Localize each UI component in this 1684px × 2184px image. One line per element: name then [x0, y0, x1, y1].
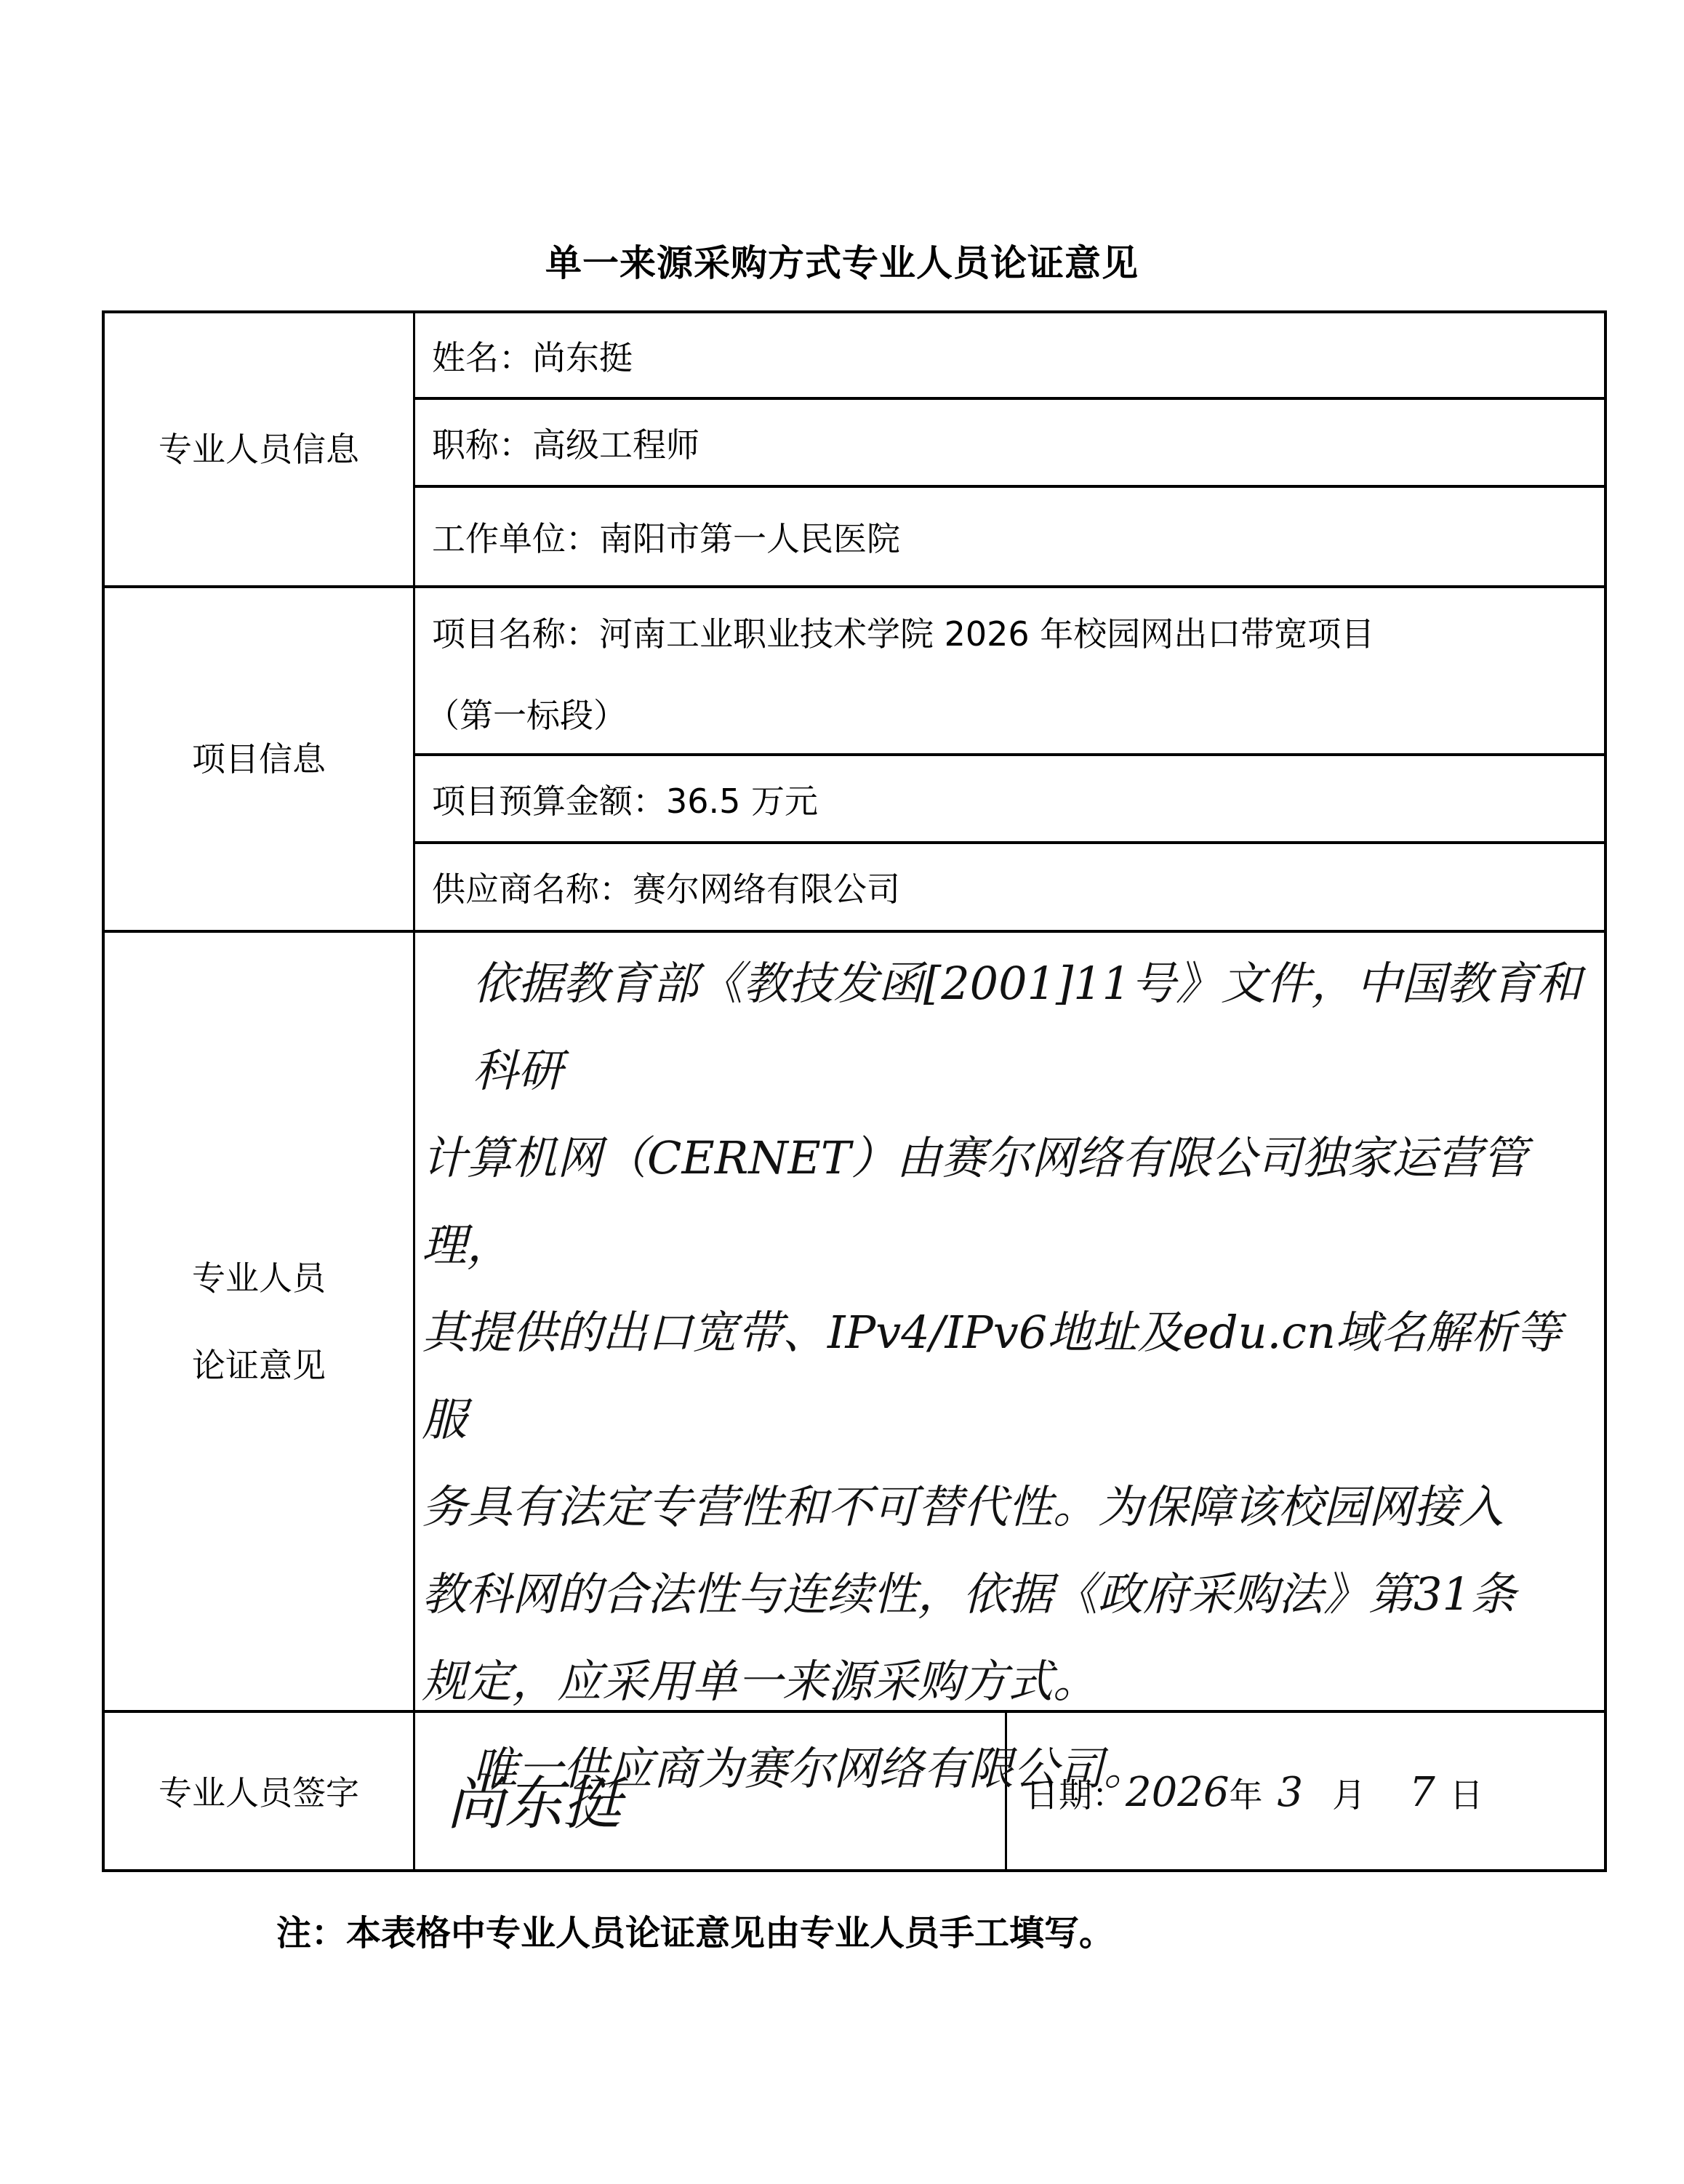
opinion-label: 专业人员 论证意见 [105, 933, 413, 1710]
project-supplier: 供应商名称：赛尔网络有限公司 [432, 844, 900, 930]
project-info-label: 项目信息 [105, 588, 413, 930]
handwritten-line: 其提供的出口宽带、IPv4/IPv6地址及edu.cn域名解析等服 [422, 1289, 1600, 1464]
date-label: 日期： [1025, 1769, 1126, 1817]
date-year-unit: 年 [1230, 1769, 1263, 1817]
expert-title: 职称：高级工程师 [432, 400, 699, 485]
handwritten-line: 计算机网（CERNET）由赛尔网络有限公司独家运营管理， [422, 1115, 1600, 1289]
expert-name: 姓名：尚东挺 [432, 313, 633, 397]
handwritten-opinion: 依据教育部《教技发函[2001]11号》文件，中国教育和科研 计算机网（CERN… [422, 940, 1600, 1812]
footnote: 注：本表格中专业人员论证意见由专业人员手工填写。 [276, 1905, 1114, 1955]
date-day-unit: 日 [1450, 1769, 1483, 1817]
date-field: 日期： 2026 年 3 月 7 日 [1025, 1713, 1483, 1872]
handwritten-line: 务具有法定专营性和不可替代性。为保障该校园网接入 [422, 1464, 1600, 1551]
date-month-unit: 月 [1332, 1769, 1366, 1817]
project-name-line2: （第一标段） [426, 684, 627, 742]
opinion-label-line2: 论证意见 [192, 1322, 326, 1409]
handwritten-line: 教科网的合法性与连续性，依据《政府采购法》第31条 [422, 1551, 1600, 1638]
project-name-line1: 项目名称：河南工业职业技术学院 2026 年校园网出口带宽项目 [432, 603, 1374, 661]
expert-info-label: 专业人员信息 [105, 313, 413, 585]
opinion-label-line1: 专业人员 [192, 1234, 326, 1322]
project-budget: 项目预算金额：36.5 万元 [432, 756, 818, 841]
handwritten-signature: 尚东挺 [446, 1757, 621, 1840]
handwritten-line: 规定，应采用单一来源采购方式。 [422, 1638, 1600, 1725]
document-title: 单一来源采购方式专业人员论证意见 [0, 234, 1684, 286]
form-table: 专业人员信息 姓名：尚东挺 职称：高级工程师 工作单位：南阳市第一人民医院 项目… [102, 310, 1607, 1872]
signature-label: 专业人员签字 [105, 1713, 413, 1872]
column-divider [413, 313, 415, 1872]
date-month: 3 [1278, 1749, 1304, 1836]
handwritten-line: 依据教育部《教技发函[2001]11号》文件，中国教育和科研 [422, 940, 1600, 1115]
date-year: 2026 [1126, 1749, 1230, 1836]
expert-employer: 工作单位：南阳市第一人民医院 [432, 488, 900, 585]
date-day: 7 [1409, 1749, 1435, 1836]
